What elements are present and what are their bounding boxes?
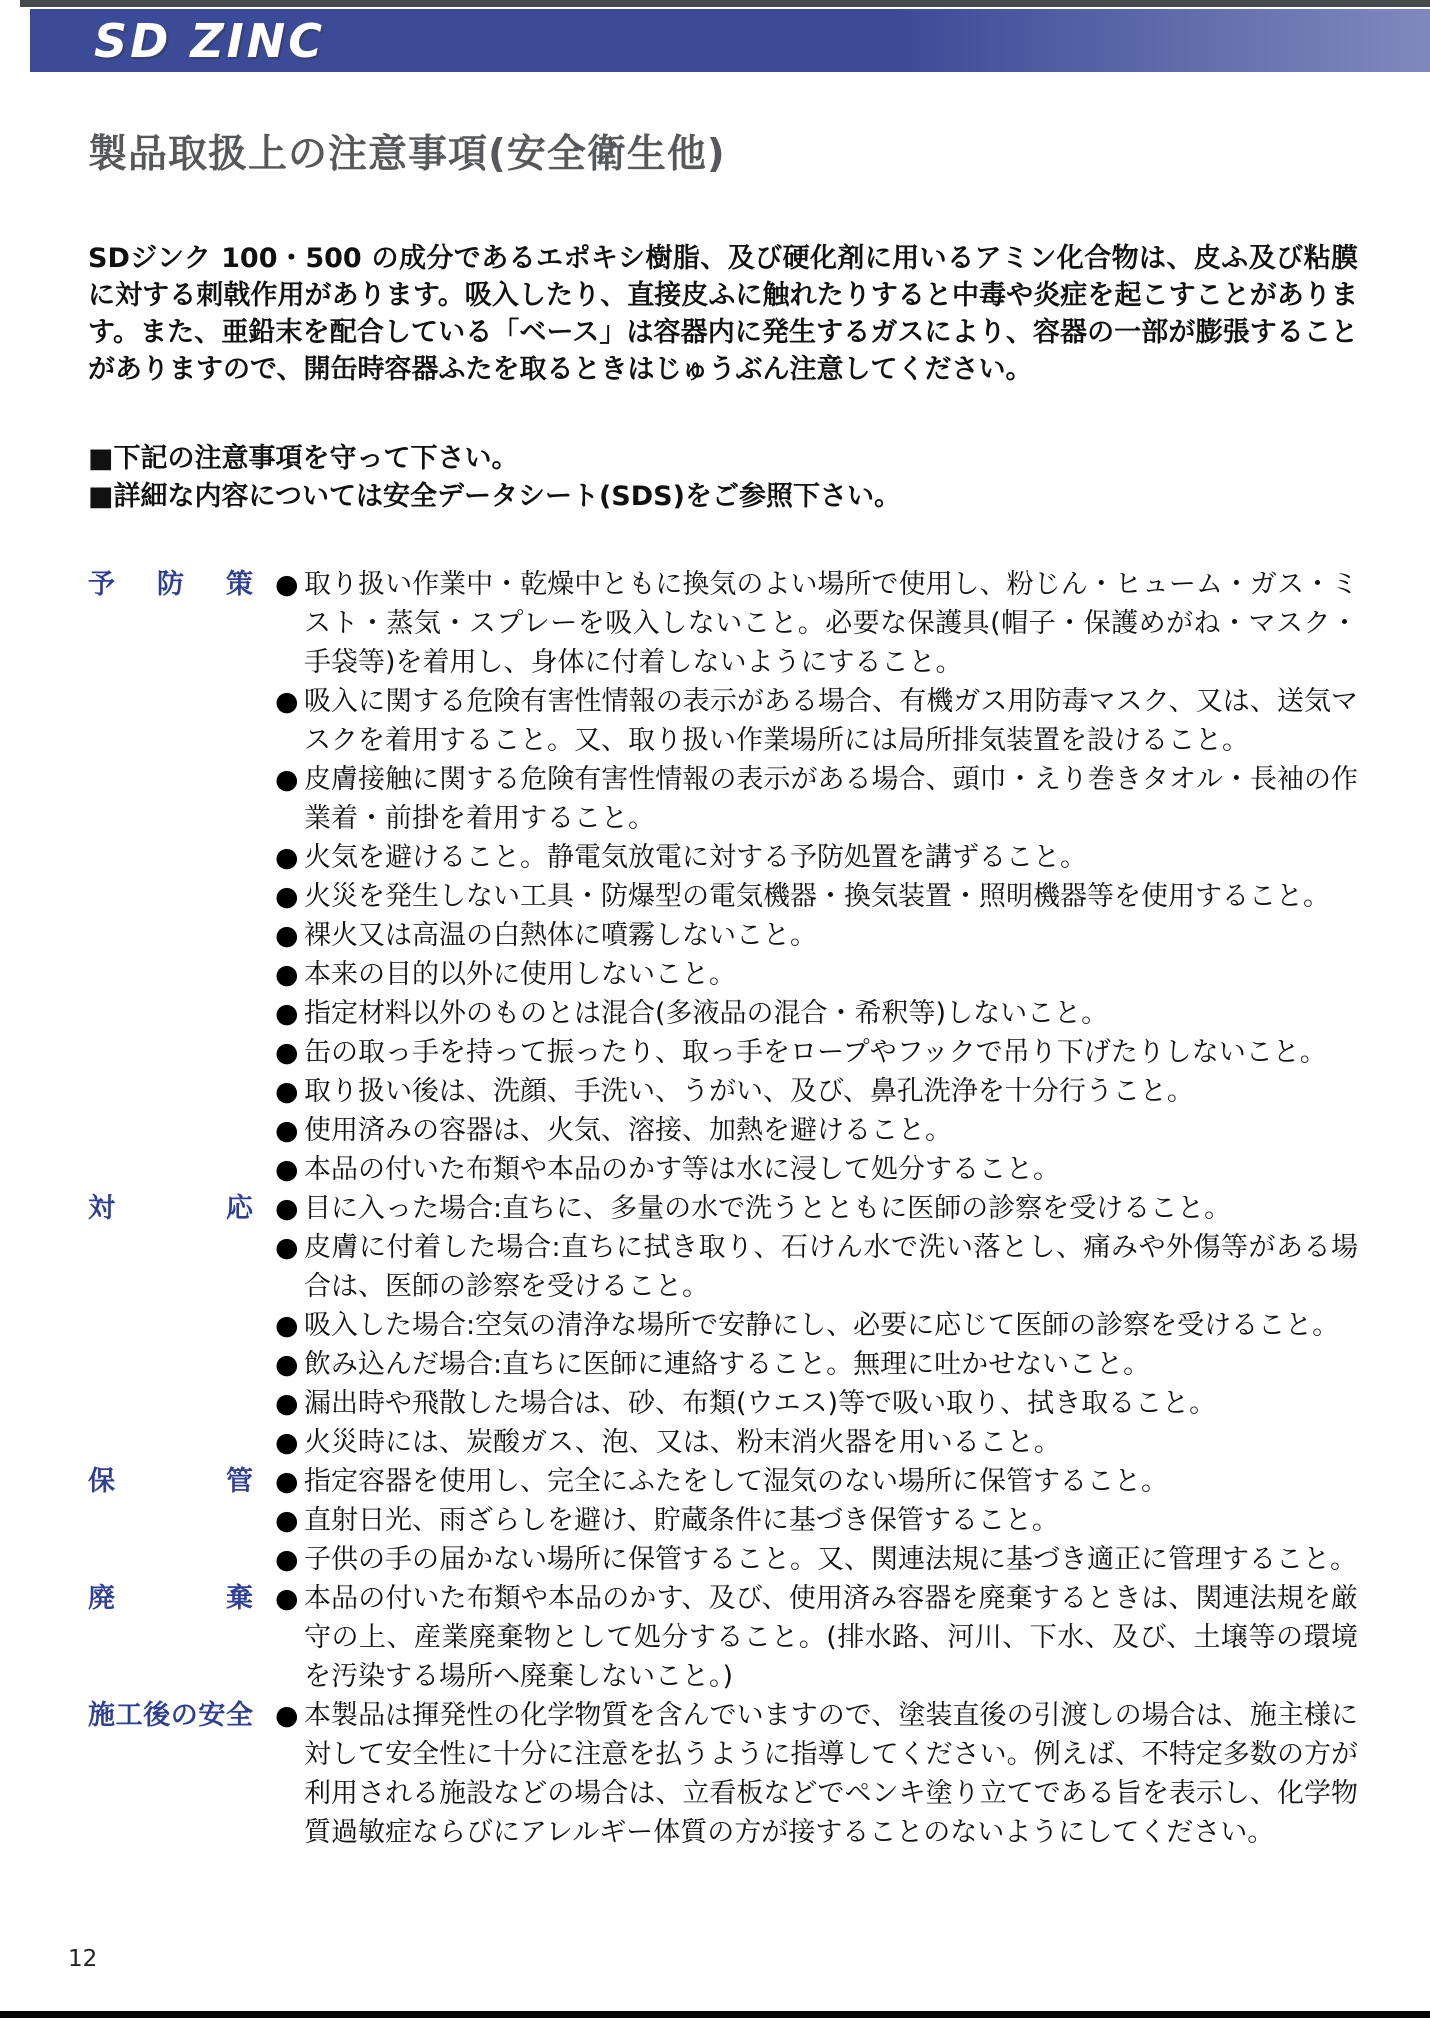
section-label: 保管 xyxy=(88,1462,275,1501)
bullet-icon: ● xyxy=(275,1072,299,1111)
section-storage: 保管 ●指定容器を使用し、完全にふたをして湿気のない場所に保管すること。 ●直射… xyxy=(88,1462,1358,1579)
list-item: ●火災を発生しない工具・防爆型の電気機器・換気装置・照明機器等を使用すること。 xyxy=(275,877,1358,916)
list-item: ●使用済みの容器は、火気、溶接、加熱を避けること。 xyxy=(275,1111,1358,1150)
top-edge-bar xyxy=(20,0,1430,7)
bullet-icon: ● xyxy=(275,1384,299,1423)
section-label: 予防策 xyxy=(88,565,275,604)
note-line: ■詳細な内容については安全データシート(SDS)をご参照下さい。 xyxy=(88,478,1358,516)
list-item-text: 皮膚に付着した場合:直ちに拭き取り、石けん水で洗い落とし、痛みや外傷等がある場合… xyxy=(304,1232,1358,1302)
list-item-text: 取り扱い作業中・乾燥中ともに換気のよい場所で使用し、粉じん・ヒューム・ガス・ミス… xyxy=(304,569,1358,678)
list-item: ●飲み込んだ場合:直ちに医師に連絡すること。無理に吐かせないこと。 xyxy=(275,1345,1358,1384)
list-item: ●吸入した場合:空気の清浄な場所で安静にし、必要に応じて医師の診察を受けること。 xyxy=(275,1306,1358,1345)
bullet-icon: ● xyxy=(275,1033,299,1072)
section-disposal: 廃棄 ●本品の付いた布類や本品のかす、及び、使用済み容器を廃棄するときは、関連法… xyxy=(88,1579,1358,1696)
list-item-text: 本品の付いた布類や本品のかす等は水に浸して処分すること。 xyxy=(304,1154,1060,1185)
list-item-text: 取り扱い後は、洗顔、手洗い、うがい、及び、鼻孔洗浄を十分行うこと。 xyxy=(304,1076,1194,1107)
bullet-icon: ● xyxy=(275,877,299,916)
bottom-edge-bar xyxy=(0,2011,1430,2018)
list-item: ●皮膚に付着した場合:直ちに拭き取り、石けん水で洗い落とし、痛みや外傷等がある場… xyxy=(275,1228,1358,1306)
bullet-icon: ● xyxy=(275,1579,299,1618)
list-item-text: 子供の手の届かない場所に保管すること。又、関連法規に基づき適正に管理すること。 xyxy=(304,1544,1357,1575)
list-item-text: 本来の目的以外に使用しないこと。 xyxy=(304,959,736,990)
page-number: 12 xyxy=(68,1948,97,1971)
document-page: SD ZINC 製品取扱上の注意事項(安全衛生他) SDジンク 100・500 … xyxy=(0,0,1430,2018)
section-label-text: 保管 xyxy=(88,1462,253,1501)
section-post-construction-safety: 施工後の安全 ●本製品は揮発性の化学物質を含んでいますので、塗装直後の引渡しの場… xyxy=(88,1696,1358,1852)
bullet-icon: ● xyxy=(275,955,299,994)
list-item: ●取り扱い作業中・乾燥中ともに換気のよい場所で使用し、粉じん・ヒューム・ガス・ミ… xyxy=(275,565,1358,682)
note-lines: ■下記の注意事項を守って下さい。 ■詳細な内容については安全データシート(SDS… xyxy=(88,440,1358,516)
list-item: ●缶の取っ手を持って振ったり、取っ手をロープやフックで吊り下げたりしないこと。 xyxy=(275,1033,1358,1072)
list-item-text: 火災時には、炭酸ガス、泡、又は、粉末消火器を用いること。 xyxy=(304,1427,1061,1458)
list-item: ●本来の目的以外に使用しないこと。 xyxy=(275,955,1358,994)
list-item-text: 指定容器を使用し、完全にふたをして湿気のない場所に保管すること。 xyxy=(304,1466,1168,1497)
section-label: 施工後の安全 xyxy=(88,1696,275,1735)
list-item-text: 目に入った場合:直ちに、多量の水で洗うとともに医師の診察を受けること。 xyxy=(304,1193,1231,1224)
section-label-text: 予防策 xyxy=(88,565,253,604)
list-item: ●本製品は揮発性の化学物質を含んでいますので、塗装直後の引渡しの場合は、施主様に… xyxy=(275,1696,1358,1852)
section-label-text: 廃棄 xyxy=(88,1579,253,1618)
list-item-text: 飲み込んだ場合:直ちに医師に連絡すること。無理に吐かせないこと。 xyxy=(304,1349,1150,1380)
page-title: 製品取扱上の注意事項(安全衛生他) xyxy=(88,130,1358,180)
list-item-text: 漏出時や飛散した場合は、砂、布類(ウエス)等で吸い取り、拭き取ること。 xyxy=(304,1388,1216,1419)
bullet-icon: ● xyxy=(275,916,299,955)
list-item: ●子供の手の届かない場所に保管すること。又、関連法規に基づき適正に管理すること。 xyxy=(275,1540,1358,1579)
list-item-text: 皮膚接触に関する危険有害性情報の表示がある場合、頭巾・えり巻きタオル・長袖の作業… xyxy=(304,764,1358,834)
list-item-text: 本製品は揮発性の化学物質を含んでいますので、塗装直後の引渡しの場合は、施主様に対… xyxy=(304,1700,1358,1848)
precaution-list: 予防策 ●取り扱い作業中・乾燥中ともに換気のよい場所で使用し、粉じん・ヒューム・… xyxy=(88,565,1358,1852)
section-label: 対応 xyxy=(88,1189,275,1228)
section-items: ●取り扱い作業中・乾燥中ともに換気のよい場所で使用し、粉じん・ヒューム・ガス・ミ… xyxy=(275,565,1358,1189)
bullet-icon: ● xyxy=(275,838,299,877)
section-items: ●本製品は揮発性の化学物質を含んでいますので、塗装直後の引渡しの場合は、施主様に… xyxy=(275,1696,1358,1852)
bullet-icon: ● xyxy=(275,1501,299,1540)
note-line: ■下記の注意事項を守って下さい。 xyxy=(88,440,1358,478)
bullet-icon: ● xyxy=(275,1306,299,1345)
list-item: ●直射日光、雨ざらしを避け、貯蔵条件に基づき保管すること。 xyxy=(275,1501,1358,1540)
bullet-icon: ● xyxy=(275,1540,299,1579)
bullet-icon: ● xyxy=(275,994,299,1033)
list-item: ●本品の付いた布類や本品のかす、及び、使用済み容器を廃棄するときは、関連法規を厳… xyxy=(275,1579,1358,1696)
section-response: 対応 ●目に入った場合:直ちに、多量の水で洗うとともに医師の診察を受けること。 … xyxy=(88,1189,1358,1462)
bullet-icon: ● xyxy=(275,682,299,721)
section-items: ●指定容器を使用し、完全にふたをして湿気のない場所に保管すること。 ●直射日光、… xyxy=(275,1462,1358,1579)
list-item-text: 本品の付いた布類や本品のかす、及び、使用済み容器を廃棄するときは、関連法規を厳守… xyxy=(304,1583,1358,1692)
list-item: ●火気を避けること。静電気放電に対する予防処置を講ずること。 xyxy=(275,838,1358,877)
list-item-text: 裸火又は高温の白熱体に噴霧しないこと。 xyxy=(304,920,817,951)
list-item: ●目に入った場合:直ちに、多量の水で洗うとともに医師の診察を受けること。 xyxy=(275,1189,1358,1228)
section-label-text: 施工後の安全 xyxy=(88,1696,253,1735)
intro-paragraph: SDジンク 100・500 の成分であるエポキシ樹脂、及び硬化剤に用いるアミン化… xyxy=(88,240,1358,388)
list-item: ●皮膚接触に関する危険有害性情報の表示がある場合、頭巾・えり巻きタオル・長袖の作… xyxy=(275,760,1358,838)
list-item: ●本品の付いた布類や本品のかす等は水に浸して処分すること。 xyxy=(275,1150,1358,1189)
section-label: 廃棄 xyxy=(88,1579,275,1618)
bullet-icon: ● xyxy=(275,565,299,604)
bullet-icon: ● xyxy=(275,1423,299,1462)
bullet-icon: ● xyxy=(275,1111,299,1150)
bullet-icon: ● xyxy=(275,1150,299,1189)
list-item-text: 直射日光、雨ざらしを避け、貯蔵条件に基づき保管すること。 xyxy=(304,1505,1059,1536)
section-items: ●本品の付いた布類や本品のかす、及び、使用済み容器を廃棄するときは、関連法規を厳… xyxy=(275,1579,1358,1696)
list-item: ●指定容器を使用し、完全にふたをして湿気のない場所に保管すること。 xyxy=(275,1462,1358,1501)
list-item-text: 缶の取っ手を持って振ったり、取っ手をロープやフックで吊り下げたりしないこと。 xyxy=(304,1037,1327,1068)
list-item-text: 吸入した場合:空気の清浄な場所で安静にし、必要に応じて医師の診察を受けること。 xyxy=(304,1310,1339,1341)
list-item: ●火災時には、炭酸ガス、泡、又は、粉末消火器を用いること。 xyxy=(275,1423,1358,1462)
bullet-icon: ● xyxy=(275,1228,299,1267)
bullet-icon: ● xyxy=(275,760,299,799)
list-item-text: 吸入に関する危険有害性情報の表示がある場合、有機ガス用防毒マスク、又は、送気マス… xyxy=(304,686,1358,756)
section-items: ●目に入った場合:直ちに、多量の水で洗うとともに医師の診察を受けること。 ●皮膚… xyxy=(275,1189,1358,1462)
bullet-icon: ● xyxy=(275,1189,299,1228)
section-label-text: 対応 xyxy=(88,1189,253,1228)
list-item-text: 指定材料以外のものとは混合(多液品の混合・希釈等)しないこと。 xyxy=(304,998,1108,1029)
section-prevention: 予防策 ●取り扱い作業中・乾燥中ともに換気のよい場所で使用し、粉じん・ヒューム・… xyxy=(88,565,1358,1189)
list-item-text: 火気を避けること。静電気放電に対する予防処置を講ずること。 xyxy=(304,842,1087,873)
header-bar: SD ZINC xyxy=(30,9,1430,72)
bullet-icon: ● xyxy=(275,1462,299,1501)
list-item: ●裸火又は高温の白熱体に噴霧しないこと。 xyxy=(275,916,1358,955)
bullet-icon: ● xyxy=(275,1345,299,1384)
list-item: ●指定材料以外のものとは混合(多液品の混合・希釈等)しないこと。 xyxy=(275,994,1358,1033)
list-item-text: 使用済みの容器は、火気、溶接、加熱を避けること。 xyxy=(304,1115,952,1146)
list-item-text: 火災を発生しない工具・防爆型の電気機器・換気装置・照明機器等を使用すること。 xyxy=(304,881,1330,912)
bullet-icon: ● xyxy=(275,1696,299,1735)
list-item: ●取り扱い後は、洗顔、手洗い、うがい、及び、鼻孔洗浄を十分行うこと。 xyxy=(275,1072,1358,1111)
list-item: ●吸入に関する危険有害性情報の表示がある場合、有機ガス用防毒マスク、又は、送気マ… xyxy=(275,682,1358,760)
content-area: 製品取扱上の注意事項(安全衛生他) SDジンク 100・500 の成分であるエポ… xyxy=(88,130,1358,1852)
brand-logo: SD ZINC xyxy=(94,18,325,64)
list-item: ●漏出時や飛散した場合は、砂、布類(ウエス)等で吸い取り、拭き取ること。 xyxy=(275,1384,1358,1423)
